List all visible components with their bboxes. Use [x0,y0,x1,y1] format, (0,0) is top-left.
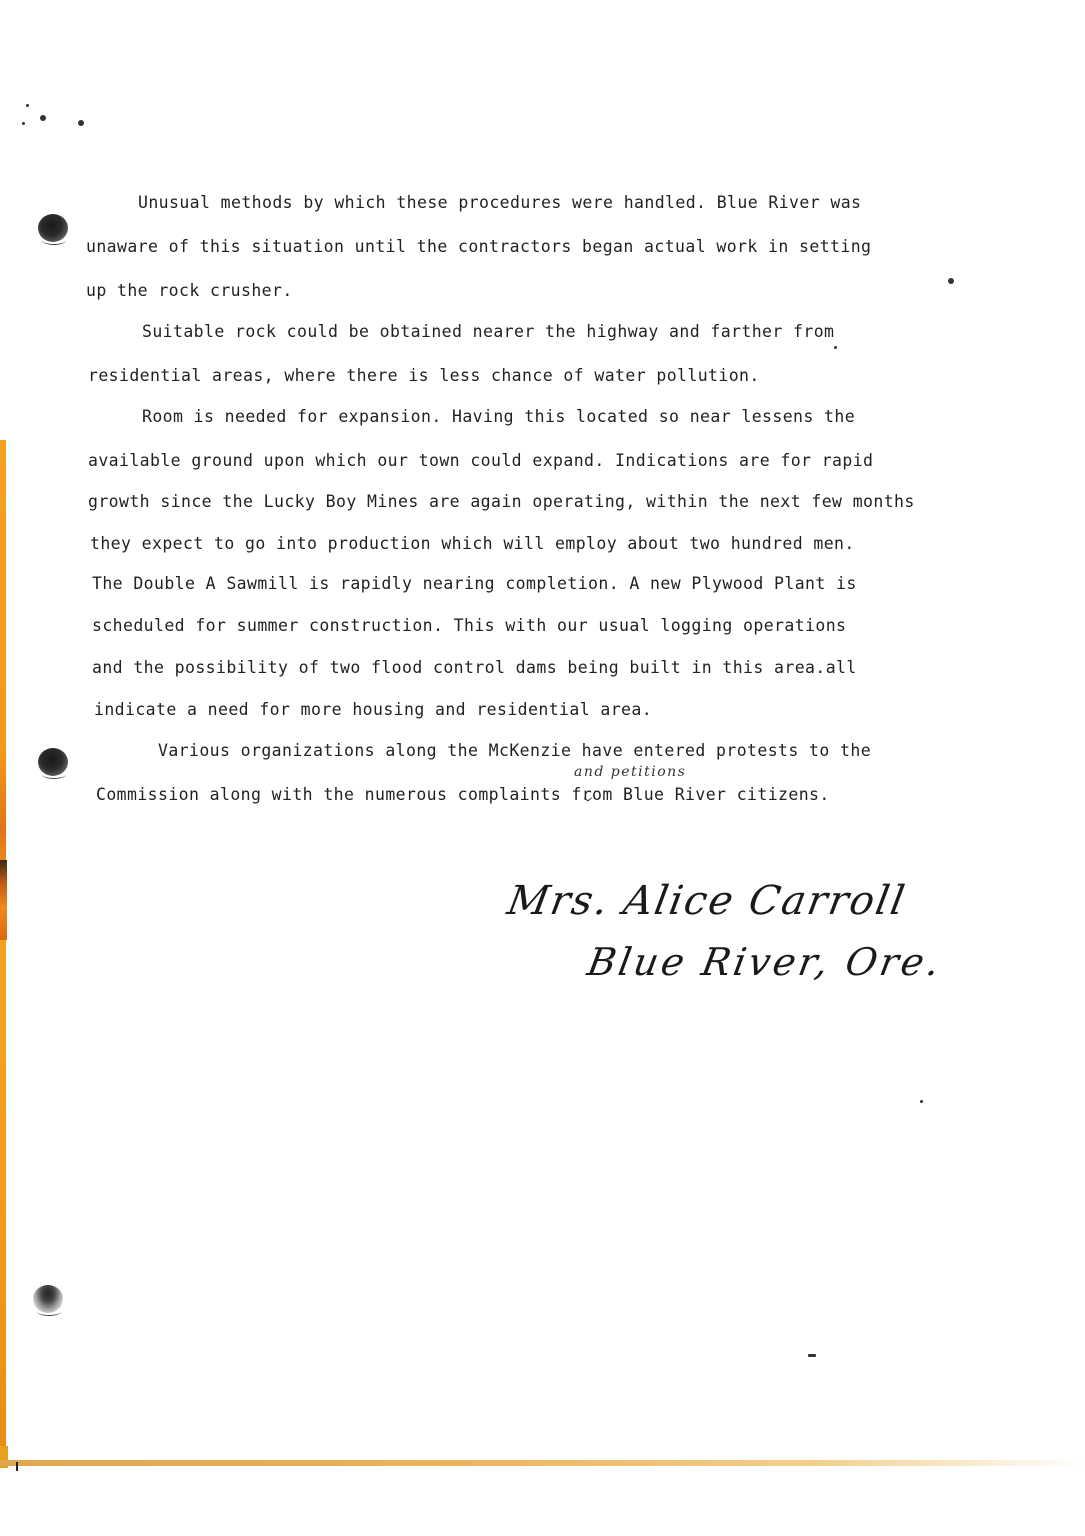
paragraph-1-line-1: Unusual methods by which these procedure… [138,193,861,213]
handwritten-insertion: and petitions [574,764,686,780]
speck [808,1354,816,1357]
punch-hole-top [38,214,68,242]
speck [22,122,25,125]
binder-edge-mark [0,860,7,940]
paragraph-1-line-2: unaware of this situation until the cont… [86,237,871,257]
edge-tick-mark [16,1462,18,1471]
paragraph-4-line-2: Commission along with the numerous compl… [96,785,830,805]
paragraph-3-line-6: scheduled for summer construction. This … [92,616,846,636]
speck [920,1100,923,1103]
paragraph-2-line-1: Suitable rock could be obtained nearer t… [142,322,834,342]
paragraph-3-line-3: growth since the Lucky Boy Mines are aga… [88,492,915,512]
speck [26,104,29,107]
signature-place: Blue River, Ore. [584,940,946,984]
signature-name: Mrs. Alice Carroll [504,878,910,924]
paragraph-4-line-1: Various organizations along the McKenzie… [158,741,871,761]
paragraph-1-line-3: up the rock crusher. [86,281,293,301]
speck [78,120,84,126]
speck [948,278,954,284]
paragraph-3-line-4: they expect to go into production which … [90,534,855,554]
paragraph-3-line-1: Room is needed for expansion. Having thi… [142,407,855,427]
page-bottom-edge [0,1460,1085,1466]
speck [40,115,46,121]
paragraph-3-line-2: available ground upon which our town cou… [88,451,873,471]
paragraph-3-line-5: The Double A Sawmill is rapidly nearing … [92,574,857,594]
paragraph-3-line-8: indicate a need for more housing and res… [94,700,652,720]
paragraph-3-line-7: and the possibility of two flood control… [92,658,857,678]
orange-binder-edge [0,440,6,1465]
paragraph-2-line-2: residential areas, where there is less c… [88,366,760,386]
document-page: Unusual methods by which these procedure… [8,0,1085,1458]
punch-hole-middle [38,748,68,776]
punch-hole-bottom [33,1285,63,1313]
speck [834,346,837,349]
